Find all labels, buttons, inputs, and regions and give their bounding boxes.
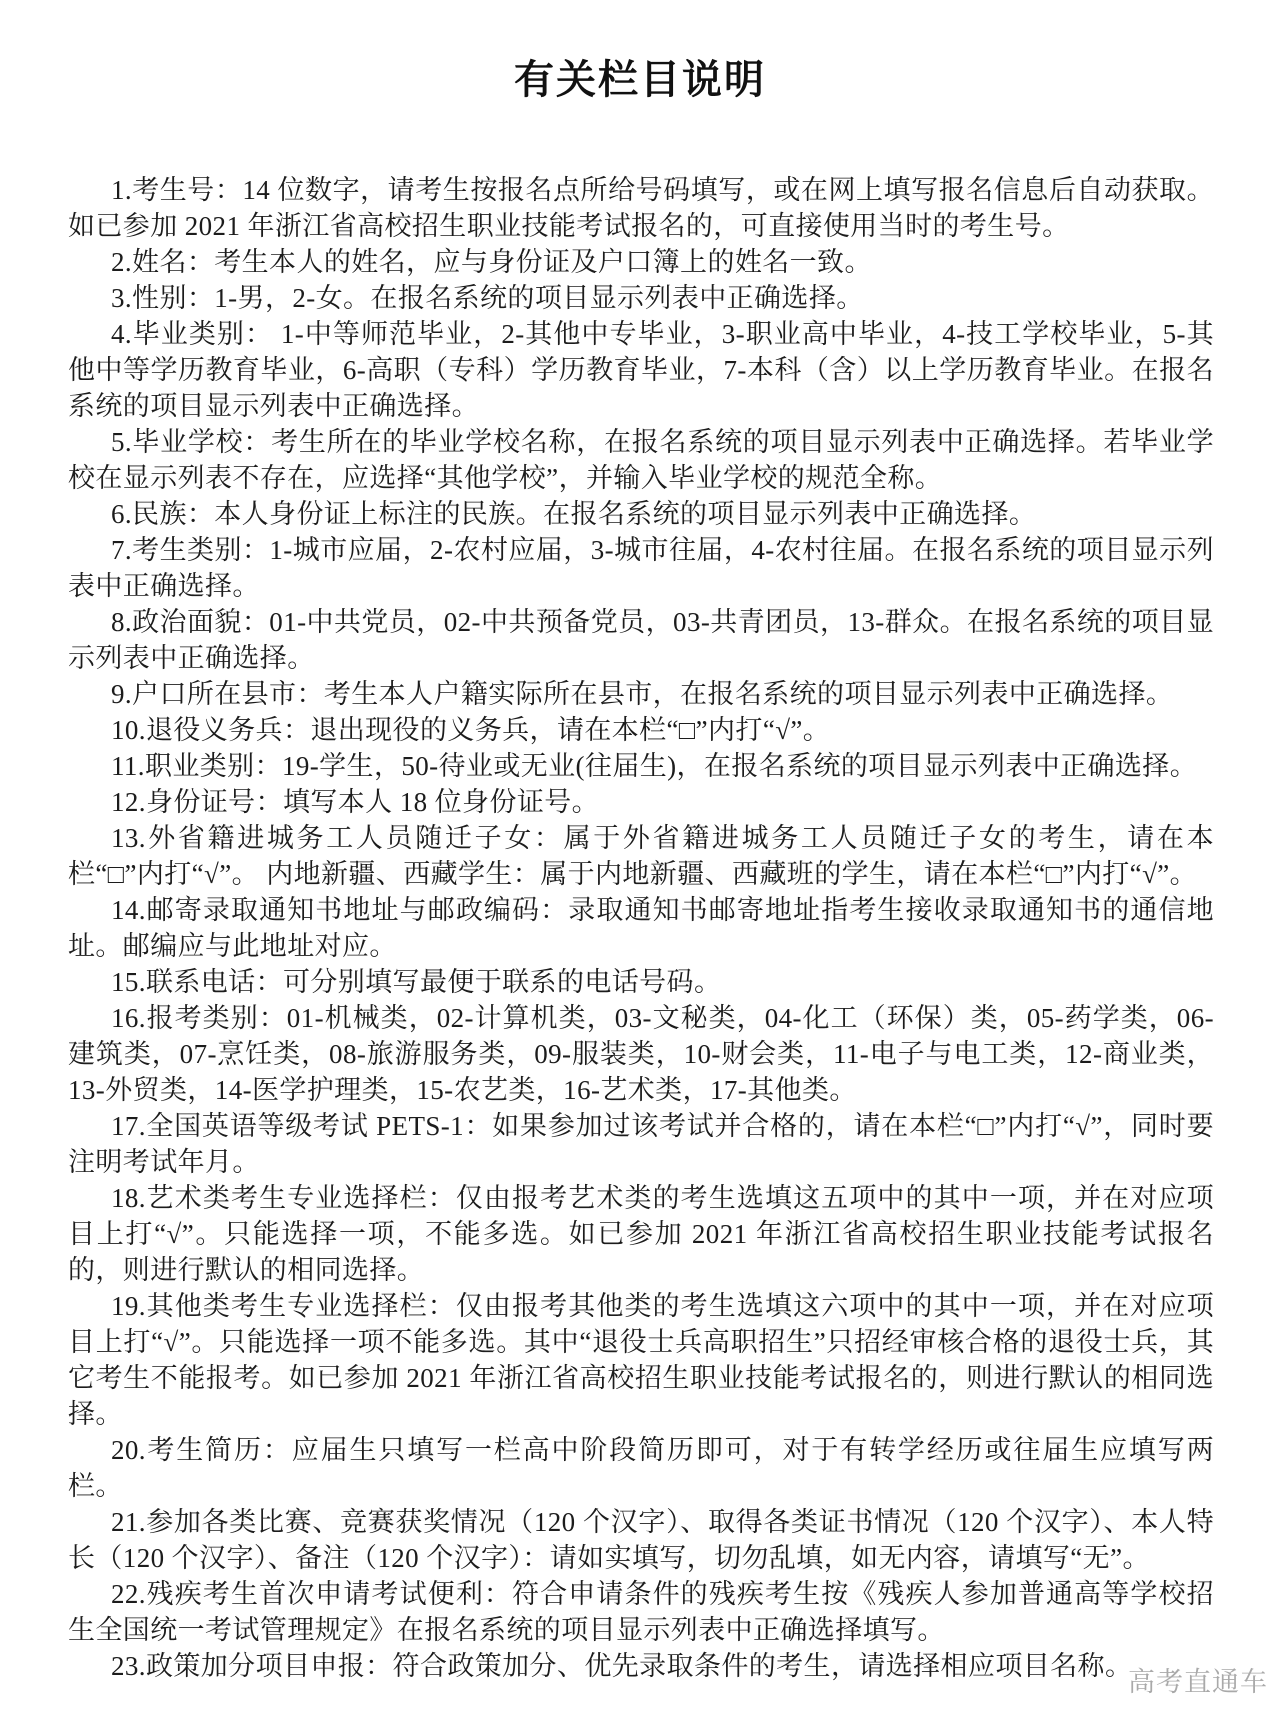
page-title: 有关栏目说明 [0,0,1280,102]
instruction-item-19: 19.其他类考生专业选择栏：仅由报考其他类的考生选填这六项中的其中一项，并在对应… [68,1288,1214,1432]
instruction-item-16: 16.报考类别：01-机械类，02-计算机类，03-文秘类，04-化工（环保）类… [68,1000,1214,1108]
instruction-item-12: 12.身份证号：填写本人 18 位身份证号。 [68,784,1214,820]
instruction-item-9: 9.户口所在县市：考生本人户籍实际所在县市，在报名系统的项目显示列表中正确选择。 [68,676,1214,712]
instruction-item-23: 23.政策加分项目申报：符合政策加分、优先录取条件的考生，请选择相应项目名称。 [68,1648,1214,1684]
instruction-item-14: 14.邮寄录取通知书地址与邮政编码：录取通知书邮寄地址指考生接收录取通知书的通信… [68,892,1214,964]
instruction-item-2: 2.姓名：考生本人的姓名，应与身份证及户口簿上的姓名一致。 [68,244,1214,280]
instruction-item-4: 4.毕业类别： 1-中等师范毕业，2-其他中专毕业，3-职业高中毕业，4-技工学… [68,316,1214,424]
instruction-item-18: 18.艺术类考生专业选择栏：仅由报考艺术类的考生选填这五项中的其中一项，并在对应… [68,1180,1214,1288]
instruction-item-1: 1.考生号：14 位数字，请考生按报名点所给号码填写，或在网上填写报名信息后自动… [68,172,1214,244]
document-page: 有关栏目说明 1.考生号：14 位数字，请考生按报名点所给号码填写，或在网上填写… [0,0,1280,1718]
watermark: 高考直通车 [1128,1660,1268,1699]
instructions-list: 1.考生号：14 位数字，请考生按报名点所给号码填写，或在网上填写报名信息后自动… [68,172,1214,1684]
instruction-item-3: 3.性别：1-男，2-女。在报名系统的项目显示列表中正确选择。 [68,280,1214,316]
instruction-item-8: 8.政治面貌：01-中共党员，02-中共预备党员，03-共青团员，13-群众。在… [68,604,1214,676]
instruction-item-6: 6.民族：本人身份证上标注的民族。在报名系统的项目显示列表中正确选择。 [68,496,1214,532]
instruction-item-5: 5.毕业学校：考生所在的毕业学校名称，在报名系统的项目显示列表中正确选择。若毕业… [68,424,1214,496]
instruction-item-11: 11.职业类别：19-学生，50-待业或无业(往届生)，在报名系统的项目显示列表… [68,748,1214,784]
instruction-item-20: 20.考生简历：应届生只填写一栏高中阶段简历即可，对于有转学经历或往届生应填写两… [68,1432,1214,1504]
instruction-item-22: 22.残疾考生首次申请考试便利：符合申请条件的残疾考生按《残疾人参加普通高等学校… [68,1576,1214,1648]
instruction-item-10: 10.退役义务兵：退出现役的义务兵，请在本栏“□”内打“√”。 [68,712,1214,748]
instruction-item-7: 7.考生类别：1-城市应届，2-农村应届，3-城市往届，4-农村往届。在报名系统… [68,532,1214,604]
instruction-item-21: 21.参加各类比赛、竞赛获奖情况（120 个汉字）、取得各类证书情况（120 个… [68,1504,1214,1576]
instruction-item-13: 13.外省籍进城务工人员随迁子女：属于外省籍进城务工人员随迁子女的考生，请在本栏… [68,820,1214,892]
instruction-item-17: 17.全国英语等级考试 PETS-1：如果参加过该考试并合格的，请在本栏“□”内… [68,1108,1214,1180]
instruction-item-15: 15.联系电话：可分别填写最便于联系的电话号码。 [68,964,1214,1000]
